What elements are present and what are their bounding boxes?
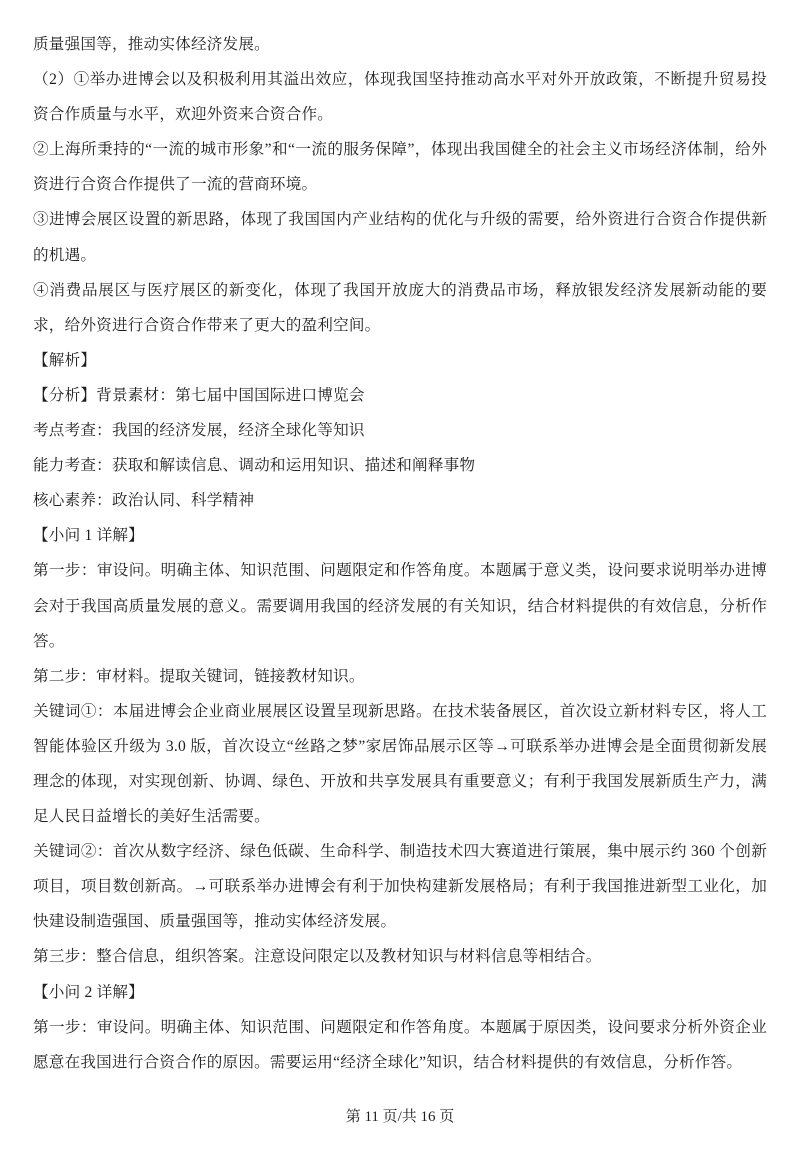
paragraph: 考点考查：我国的经济发展，经济全球化等知识	[33, 413, 767, 448]
paragraph: 关键词②：首次从数字经济、绿色低碳、生命科学、制造技术四大赛道进行策展，集中展示…	[33, 834, 767, 939]
paragraph: 第一步：审设问。明确主体、知识范围、问题限定和作答角度。本题属于原因类，设问要求…	[33, 1010, 767, 1080]
document-page: 质量强国等，推动实体经济发展。（2）①举办进博会以及积极利用其溢出效应，体现我国…	[0, 0, 800, 1159]
paragraph: ③进博会展区设置的新思路，体现了我国国内产业结构的优化与升级的需要，给外资进行合…	[33, 202, 767, 272]
paragraph: ②上海所秉持的“一流的城市形象”和“一流的服务保障”，体现出我国健全的社会主义市…	[33, 132, 767, 202]
page-footer: 第 11 页/共 16 页	[0, 1104, 800, 1130]
paragraph: 【小问 2 详解】	[33, 975, 767, 1010]
paragraph: 【小问 1 详解】	[33, 518, 767, 553]
paragraph: 关键词①：本届进博会企业商业展展区设置呈现新思路。在技术装备展区，首次设立新材料…	[33, 694, 767, 834]
paragraph: 【解析】	[33, 343, 767, 378]
paragraph: 质量强国等，推动实体经济发展。	[33, 27, 767, 62]
paragraph: 核心素养：政治认同、科学精神	[33, 483, 767, 518]
paragraph: 【分析】背景素材：第七届中国国际进口博览会	[33, 378, 767, 413]
paragraph: 第二步：审材料。提取关键词，链接教材知识。	[33, 659, 767, 694]
paragraph: ④消费品展区与医疗展区的新变化，体现了我国开放庞大的消费品市场，释放银发经济发展…	[33, 273, 767, 343]
paragraph: （2）①举办进博会以及积极利用其溢出效应，体现我国坚持推动高水平对外开放政策，不…	[33, 62, 767, 132]
paragraph: 能力考查：获取和解读信息、调动和运用知识、描述和阐释事物	[33, 448, 767, 483]
paragraph: 第一步：审设问。明确主体、知识范围、问题限定和作答角度。本题属于意义类，设问要求…	[33, 553, 767, 658]
document-body: 质量强国等，推动实体经济发展。（2）①举办进博会以及积极利用其溢出效应，体现我国…	[33, 27, 767, 1080]
paragraph: 第三步：整合信息，组织答案。注意设问限定以及教材知识与材料信息等相结合。	[33, 939, 767, 974]
page-number: 第 11 页/共 16 页	[346, 1109, 455, 1125]
